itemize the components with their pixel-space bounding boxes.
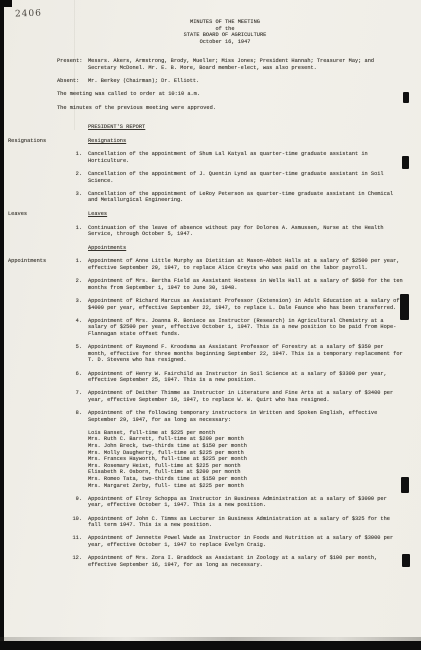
instructor-line: Mrs. Romeo Tata, two-thirds time at $150… <box>88 476 405 483</box>
item-text: Appointment of Henry W. Fairchild as Ins… <box>88 371 387 384</box>
item-text: Appointment of Anne Little Murphy as Die… <box>88 258 400 271</box>
item-text-block: Appointment of Henry W. Fairchild as Ins… <box>88 371 405 384</box>
margin-label: Appointments <box>8 258 46 265</box>
present-text: Messrs. Akers, Armstrong, Brody, Mueller… <box>88 58 405 71</box>
item-text: Appointment of Mrs. Joanna R. Boniece as… <box>88 318 396 337</box>
item-text: Appointment of the following temporary i… <box>88 410 377 423</box>
numbered-item: 1. Cancellation of the appointment of Sh… <box>57 151 405 164</box>
minutes-section: Appointments Appointments 1. Appointment… <box>57 245 405 569</box>
numbered-item: 3. Cancellation of the appointment of Le… <box>57 191 405 204</box>
item-number: 9. <box>57 496 88 509</box>
section-heading: Appointments <box>88 245 405 252</box>
item-list: 1. Continuation of the leave of absence … <box>57 225 405 238</box>
item-text-block: Cancellation of the appointment of Shum … <box>88 151 405 164</box>
item-text: Appointment of Deither Thimme as Instruc… <box>88 390 393 403</box>
absent-label: Absent: <box>57 78 88 85</box>
item-number: 8. <box>57 410 88 489</box>
item-number: 7. <box>57 390 88 403</box>
absent-text: Mr. Berkey (Chairman); Dr. Elliott. <box>88 78 405 85</box>
title-line-3: STATE BOARD OF AGRICULTURE <box>57 32 393 39</box>
scan-edge-bottom <box>0 641 421 650</box>
item-text: Appointment of Raymond F. Kroodsma as As… <box>88 344 403 363</box>
document-body: MINUTES OF THE MEETING of the STATE BOAR… <box>57 19 405 575</box>
item-number: 12. <box>57 555 88 568</box>
item-text-block: Appointment of John C. Timms as Lecturer… <box>88 516 405 529</box>
numbered-item: 12. Appointment of Mrs. Zora I. Braddock… <box>57 555 405 568</box>
numbered-item: 7. Appointment of Deither Thimme as Inst… <box>57 390 405 403</box>
margin-label: Resignations <box>8 138 46 145</box>
item-text: Appointment of John C. Timms as Lecturer… <box>88 516 390 529</box>
item-text-block: Cancellation of the appointment of J. Qu… <box>88 171 405 184</box>
scanned-minutes-page: 2406 MINUTES OF THE MEETING of the STATE… <box>0 0 421 650</box>
numbered-item: 8. Appointment of the following temporar… <box>57 410 405 489</box>
title-block: MINUTES OF THE MEETING of the STATE BOAR… <box>57 19 393 45</box>
numbered-item: 1. Appointment of Anne Little Murphy as … <box>57 258 405 271</box>
minutes-approved-line: The minutes of the previous meeting were… <box>57 105 405 112</box>
scan-edge-left <box>0 0 4 650</box>
item-text: Appointment of Richard Marcus as Assista… <box>88 298 400 311</box>
item-text-block: Continuation of the leave of absence wit… <box>88 225 405 238</box>
item-text-block: Appointment of Anne Little Murphy as Die… <box>88 258 405 271</box>
item-sublist: Lois Banset, full-time at $225 per month… <box>88 430 405 489</box>
item-number: 6. <box>57 371 88 384</box>
item-text: Cancellation of the appointment of Shum … <box>88 151 368 164</box>
item-text: Appointment of Mrs. Zora I. Braddock as … <box>88 555 377 568</box>
page-number-stamp: 2406 <box>15 9 42 20</box>
item-text-block: Appointment of Deither Thimme as Instruc… <box>88 390 405 403</box>
numbered-item: 6. Appointment of Henry W. Fairchild as … <box>57 371 405 384</box>
numbered-item: 3. Appointment of Richard Marcus as Assi… <box>57 298 405 311</box>
title-date: October 16, 1947 <box>57 39 393 46</box>
instructor-line: Mrs. Frances Hayworth, full-time at $225… <box>88 456 405 463</box>
numbered-item: 11. Appointment of Jennette Powel Wade a… <box>57 535 405 548</box>
item-text: Cancellation of the appointment of J. Qu… <box>88 171 384 184</box>
item-list: 1. Cancellation of the appointment of Sh… <box>57 151 405 204</box>
item-text-block: Cancellation of the appointment of LeRoy… <box>88 191 405 204</box>
called-to-order-line: The meeting was called to order at 10:10… <box>57 91 405 98</box>
section-heading: Leaves <box>88 211 405 218</box>
numbered-item: 5. Appointment of Raymond F. Kroodsma as… <box>57 344 405 364</box>
item-number: 10. <box>57 516 88 529</box>
item-list: 1. Appointment of Anne Little Murphy as … <box>57 258 405 568</box>
item-text-block: Appointment of the following temporary i… <box>88 410 405 489</box>
item-text: Continuation of the leave of absence wit… <box>88 225 384 238</box>
item-text-block: Appointment of Jennette Powel Wade as In… <box>88 535 405 548</box>
title-line-1: MINUTES OF THE MEETING <box>57 19 393 26</box>
item-text: Appointment of Elroy Schoppa as Instruct… <box>88 496 387 509</box>
scan-corner-notch <box>0 0 12 7</box>
item-number: 5. <box>57 344 88 364</box>
numbered-item: 4. Appointment of Mrs. Joanna R. Boniece… <box>57 318 405 338</box>
numbered-item: 9. Appointment of Elroy Schoppa as Instr… <box>57 496 405 509</box>
item-number: 1. <box>57 258 88 271</box>
item-number: 3. <box>57 298 88 311</box>
item-number: 3. <box>57 191 88 204</box>
margin-label: Leaves <box>8 211 27 218</box>
numbered-item: 10. Appointment of John C. Timms as Lect… <box>57 516 405 529</box>
sections: Resignations Resignations 1. Cancellatio… <box>57 138 405 569</box>
present-label: Present: <box>57 58 88 71</box>
item-text-block: Appointment of Raymond F. Kroodsma as As… <box>88 344 405 364</box>
item-number: 2. <box>57 171 88 184</box>
present-row: Present: Messrs. Akers, Armstrong, Brody… <box>57 58 405 71</box>
section-heading: Resignations <box>88 138 405 145</box>
item-text-block: Appointment of Mrs. Zora I. Braddock as … <box>88 555 405 568</box>
item-text: Cancellation of the appointment of LeRoy… <box>88 191 393 204</box>
item-number: 2. <box>57 278 88 291</box>
presidents-report-heading: PRESIDENT'S REPORT <box>88 124 405 131</box>
instructor-line: Mrs. John Breck, two-thirds time at $150… <box>88 443 405 450</box>
numbered-item: 1. Continuation of the leave of absence … <box>57 225 405 238</box>
instructor-line: Mrs. Margaret Zerby, full- time at $225 … <box>88 483 405 490</box>
minutes-section: Leaves Leaves 1. Continuation of the lea… <box>57 211 405 238</box>
item-text: Appointment of Jennette Powel Wade as In… <box>88 535 393 548</box>
item-number: 11. <box>57 535 88 548</box>
minutes-section: Resignations Resignations 1. Cancellatio… <box>57 138 405 204</box>
item-text: Appointment of Mrs. Bertha Field as Assi… <box>88 278 403 291</box>
absent-row: Absent: Mr. Berkey (Chairman); Dr. Ellio… <box>57 78 405 85</box>
item-text-block: Appointment of Mrs. Joanna R. Boniece as… <box>88 318 405 338</box>
numbered-item: 2. Cancellation of the appointment of J.… <box>57 171 405 184</box>
numbered-item: 2. Appointment of Mrs. Bertha Field as A… <box>57 278 405 291</box>
item-number: 1. <box>57 151 88 164</box>
item-text-block: Appointment of Elroy Schoppa as Instruct… <box>88 496 405 509</box>
item-number: 1. <box>57 225 88 238</box>
item-text-block: Appointment of Mrs. Bertha Field as Assi… <box>88 278 405 291</box>
item-number: 4. <box>57 318 88 338</box>
item-text-block: Appointment of Richard Marcus as Assista… <box>88 298 405 311</box>
